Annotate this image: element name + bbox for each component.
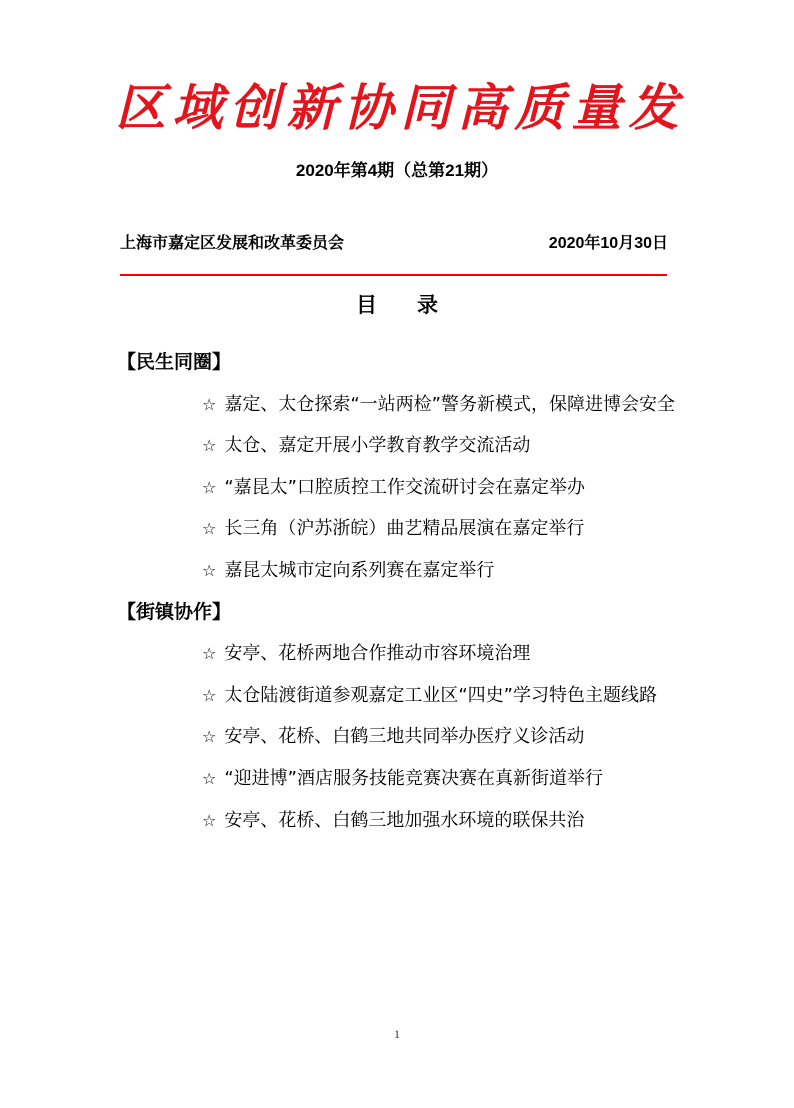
toc-item[interactable]: ☆安亭、花桥两地合作推动市容环境治理 [120,633,676,675]
star-icon: ☆ [161,675,216,717]
page-number: 1 [0,1027,794,1042]
toc-item[interactable]: ☆太仓陆渡街道参观嘉定工业区“四史”学习特色主题线路 [120,675,676,717]
toc-item-label: 嘉定、太仓探索“一站两检”警务新模式，保障进博会安全 [224,394,675,415]
star-icon: ☆ [161,800,216,842]
star-icon: ☆ [161,425,216,467]
toc-title-char: 目 [356,289,377,319]
star-icon: ☆ [161,384,216,426]
section-heading-jiezhen: 【街镇协作】 [117,592,676,634]
masthead-char: 发 [625,78,682,138]
toc-item[interactable]: ☆安亭、花桥、白鹤三地共同举办医疗义诊活动 [120,716,676,758]
toc-item-label: “嘉昆太”口腔质控工作交流研讨会在嘉定举办 [224,477,585,498]
masthead-char: 新 [283,78,340,138]
publish-date: 2020年10月30日 [549,230,668,253]
star-icon: ☆ [161,467,216,509]
masthead-char: 高 [454,78,511,138]
toc-item[interactable]: ☆嘉定、太仓探索“一站两检”警务新模式，保障进博会安全 [120,384,676,426]
publication-meta: 上海市嘉定区发展和改革委员会 2020年10月30日 [120,230,668,253]
star-icon: ☆ [161,716,216,758]
toc-item[interactable]: ☆长三角（沪苏浙皖）曲艺精品展演在嘉定举行 [120,508,676,550]
toc-item[interactable]: ☆安亭、花桥、白鹤三地加强水环境的联保共治 [120,800,676,842]
toc-item[interactable]: ☆嘉昆太城市定向系列赛在嘉定举行 [120,550,676,592]
toc-item-label: 嘉昆太城市定向系列赛在嘉定举行 [224,560,494,581]
masthead-char: 量 [568,78,625,138]
toc-item[interactable]: ☆“迎进博”酒店服务技能竞赛决赛在真新街道举行 [120,758,676,800]
toc-item-label: 安亭、花桥、白鹤三地共同举办医疗义诊活动 [224,726,584,747]
masthead-char: 协 [340,78,397,138]
masthead-title: 区 域 创 新 协 同 高 质 量 发 [112,78,682,138]
document-page: 区 域 创 新 协 同 高 质 量 发 2020年第4期（总第21期） 上海市嘉… [0,0,794,1108]
toc-item[interactable]: ☆“嘉昆太”口腔质控工作交流研讨会在嘉定举办 [120,467,676,509]
masthead-char: 创 [226,78,283,138]
masthead-char: 质 [511,78,568,138]
toc-item-label: 太仓陆渡街道参观嘉定工业区“四史”学习特色主题线路 [224,685,657,706]
toc-item-label: 太仓、嘉定开展小学教育教学交流活动 [224,435,530,456]
red-divider [120,274,667,276]
star-icon: ☆ [161,508,216,550]
toc-item-label: 安亭、花桥两地合作推动市容环境治理 [224,643,530,664]
toc-title: 目录 [0,289,794,319]
masthead-char: 区 [112,78,169,138]
masthead-char: 域 [169,78,226,138]
toc-item[interactable]: ☆太仓、嘉定开展小学教育教学交流活动 [120,425,676,467]
masthead-char: 同 [397,78,454,138]
toc-item-label: “迎进博”酒店服务技能竞赛决赛在真新街道举行 [224,768,603,789]
toc-item-label: 安亭、花桥、白鹤三地加强水环境的联保共治 [224,810,584,831]
table-of-contents: 【民生同圈】 ☆嘉定、太仓探索“一站两检”警务新模式，保障进博会安全 ☆太仓、嘉… [120,342,676,841]
star-icon: ☆ [161,758,216,800]
toc-title-char: 录 [417,289,438,319]
issue-number: 2020年第4期（总第21期） [0,156,794,181]
section-heading-minsheng: 【民生同圈】 [117,342,676,384]
publisher: 上海市嘉定区发展和改革委员会 [120,230,344,253]
star-icon: ☆ [161,550,216,592]
toc-item-label: 长三角（沪苏浙皖）曲艺精品展演在嘉定举行 [224,518,584,539]
star-icon: ☆ [161,633,216,675]
